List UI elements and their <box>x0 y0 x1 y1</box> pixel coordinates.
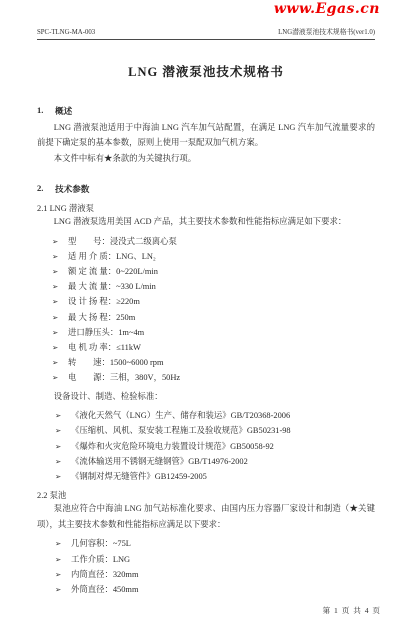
list-item: ➢《液化天然气（LNG）生产、储存和装运》GB/T20368-2006 <box>37 408 375 423</box>
arrow-bullet-icon: ➢ <box>55 408 71 423</box>
arrow-bullet-icon: ➢ <box>55 454 71 469</box>
subsection-2-2-heading: 2.2 泵池 <box>37 489 375 501</box>
list-item: ➢几何容积：~75L <box>37 536 375 551</box>
list-item-text: 最 大 流 量：~330 L/min <box>68 279 156 294</box>
overview-paragraph-2: 本文件中标有★条款的为关键执行项。 <box>37 151 375 166</box>
section-1-heading: 1. 概述 <box>37 105 375 117</box>
arrow-bullet-icon: ➢ <box>55 536 71 551</box>
section-2-number: 2. <box>37 183 55 195</box>
list-item-text: 内筒直径：320mm <box>71 567 138 582</box>
arrow-bullet-icon: ➢ <box>52 249 68 264</box>
standards-list: ➢《液化天然气（LNG）生产、储存和装运》GB/T20368-2006 ➢《压缩… <box>37 408 375 484</box>
list-item: ➢《钢制对焊无缝管件》GB12459-2005 <box>37 469 375 484</box>
arrow-bullet-icon: ➢ <box>55 552 71 567</box>
pool-parameter-list: ➢几何容积：~75L ➢工作介质：LNG ➢内筒直径：320mm ➢外筒直径：4… <box>37 536 375 597</box>
list-item-text: 工作介质：LNG <box>71 552 130 567</box>
header-doc-code: SPC-TLNG-MA-003 <box>37 29 95 36</box>
list-item-text: 进口静压头：1m~4m <box>68 325 144 340</box>
list-item-text: 最 大 扬 程：250m <box>68 310 135 325</box>
list-item: ➢内筒直径：320mm <box>37 567 375 582</box>
arrow-bullet-icon: ➢ <box>52 264 68 279</box>
list-item-text: 额 定 流 量：0~220L/min <box>68 264 158 279</box>
list-item: ➢《压缩机、风机、泵安装工程施工及验收规范》GB50231-98 <box>37 423 375 438</box>
arrow-bullet-icon: ➢ <box>55 582 71 597</box>
watermark-logo: www.Egas.cn <box>274 1 380 17</box>
overview-paragraph-1: LNG 潜液泵池适用于中海油 LNG 汽车加气站配置，在满足 LNG 汽车加气流… <box>37 120 375 151</box>
list-item: ➢额 定 流 量：0~220L/min <box>37 264 375 279</box>
list-item: ➢外筒直径：450mm <box>37 582 375 597</box>
pump-intro: LNG 潜液泵选用美国 ACD 产品，其主要技术参数和性能指标应满足如下要求： <box>37 214 375 229</box>
arrow-bullet-icon: ➢ <box>52 340 68 355</box>
list-item-text: 适 用 介 质：LNG、LN₂ <box>68 249 156 264</box>
section-2-title: 技术参数 <box>55 183 89 195</box>
list-item: ➢电 机 功 率：≤11kW <box>37 340 375 355</box>
list-item-text: 设 计 扬 程：≥220m <box>68 294 140 309</box>
document-page: www.Egas.cn SPC-TLNG-MA-003 LNG潜液泵池技术规格书… <box>0 0 407 625</box>
pool-intro: 泵池应符合中海油 LNG 加气站标准化要求、由国内压力容器厂家设计和制造（★关键… <box>37 501 375 532</box>
arrow-bullet-icon: ➢ <box>52 310 68 325</box>
list-item: ➢进口静压头：1m~4m <box>37 325 375 340</box>
arrow-bullet-icon: ➢ <box>52 294 68 309</box>
list-item: ➢《流体输送用不锈钢无缝钢管》GB/T14976-2002 <box>37 454 375 469</box>
list-item-text: 型 号：浸没式二级离心泵 <box>68 234 177 249</box>
arrow-bullet-icon: ➢ <box>55 567 71 582</box>
arrow-bullet-icon: ➢ <box>55 423 71 438</box>
list-item: ➢最 大 扬 程：250m <box>37 310 375 325</box>
list-item-text: 《钢制对焊无缝管件》GB12459-2005 <box>71 469 207 484</box>
list-item: ➢《爆炸和火灾危险环境电力装置设计规范》GB50058-92 <box>37 439 375 454</box>
list-item: ➢设 计 扬 程：≥220m <box>37 294 375 309</box>
list-item-text: 电 源：三相，380V，50Hz <box>68 370 180 385</box>
document-title: LNG 潜液泵池技术规格书 <box>37 62 375 80</box>
subsection-2-1-heading: 2.1 LNG 潜液泵 <box>37 202 375 214</box>
arrow-bullet-icon: ➢ <box>52 370 68 385</box>
list-item: ➢工作介质：LNG <box>37 552 375 567</box>
standards-intro: 设备设计、制造、检验标准： <box>37 389 375 404</box>
list-item-text: 转 速：1500~6000 rpm <box>68 355 164 370</box>
list-item: ➢电 源：三相，380V，50Hz <box>37 370 375 385</box>
arrow-bullet-icon: ➢ <box>52 234 68 249</box>
section-2-heading: 2. 技术参数 <box>37 183 375 195</box>
list-item-text: 《爆炸和火灾危险环境电力装置设计规范》GB50058-92 <box>71 439 274 454</box>
list-item-text: 电 机 功 率：≤11kW <box>68 340 141 355</box>
list-item: ➢型 号：浸没式二级离心泵 <box>37 234 375 249</box>
pump-parameter-list: ➢型 号：浸没式二级离心泵 ➢适 用 介 质：LNG、LN₂ ➢额 定 流 量：… <box>37 234 375 386</box>
list-item: ➢转 速：1500~6000 rpm <box>37 355 375 370</box>
arrow-bullet-icon: ➢ <box>55 469 71 484</box>
list-item-text: 《液化天然气（LNG）生产、储存和装运》GB/T20368-2006 <box>71 408 290 423</box>
list-item-text: 外筒直径：450mm <box>71 582 138 597</box>
list-item-text: 几何容积：~75L <box>71 536 131 551</box>
header-doc-ref: LNG潜液泵池技术规格书(ver1.0) <box>278 26 375 36</box>
arrow-bullet-icon: ➢ <box>52 279 68 294</box>
page-number: 第 1 页 共 4 页 <box>323 605 381 616</box>
section-1-number: 1. <box>37 105 55 117</box>
arrow-bullet-icon: ➢ <box>55 439 71 454</box>
arrow-bullet-icon: ➢ <box>52 325 68 340</box>
arrow-bullet-icon: ➢ <box>52 355 68 370</box>
section-1-title: 概述 <box>55 105 72 117</box>
list-item: ➢最 大 流 量：~330 L/min <box>37 279 375 294</box>
list-item-text: 《压缩机、风机、泵安装工程施工及验收规范》GB50231-98 <box>71 423 291 438</box>
list-item: ➢适 用 介 质：LNG、LN₂ <box>37 249 375 264</box>
list-item-text: 《流体输送用不锈钢无缝钢管》GB/T14976-2002 <box>71 454 248 469</box>
